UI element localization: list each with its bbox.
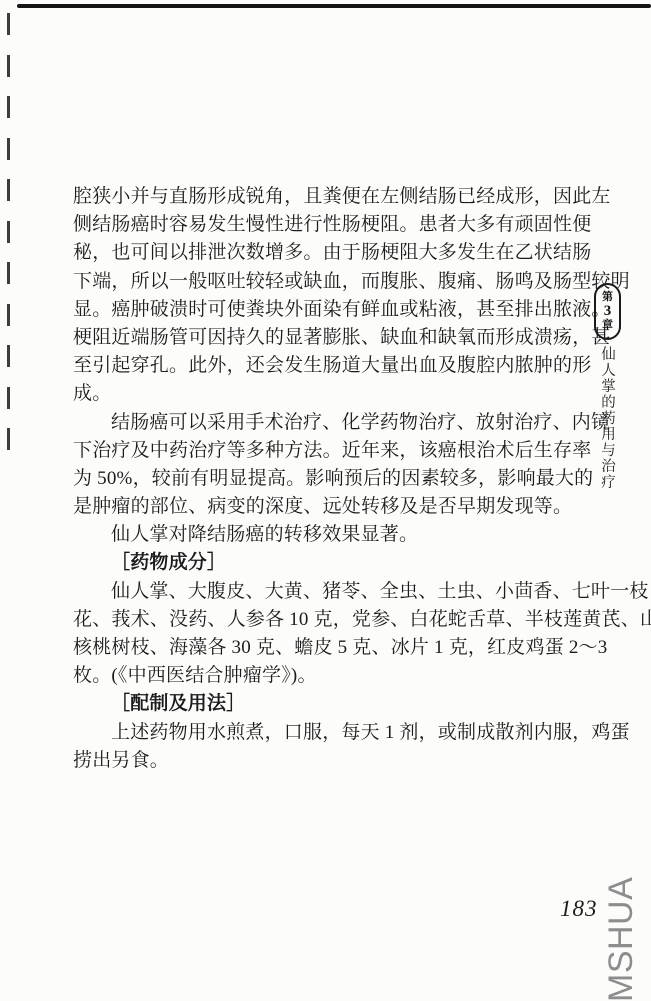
text-line: 捞出另食。 [73, 747, 595, 775]
text-line: 秘，也可间以排泄次数增多。由于肠梗阻大多发生在乙状结肠 [73, 239, 595, 267]
text-line: 为 50%，较前有明显提高。影响预后的因素较多，影响最大的 [73, 465, 595, 493]
text-line: 仙人掌、大腹皮、大黄、猪苓、全虫、土虫、小茴香、七叶一枝 [73, 578, 595, 606]
text-line: 下端，所以一般呕吐较轻或缺血，而腹胀、腹痛、肠鸣及肠型较明 [73, 268, 595, 296]
text-line: 腔狭小并与直肠形成锐角，且粪便在左侧结肠已经成形，因此左 [73, 183, 595, 211]
text-line: 侧结肠癌时容易发生慢性进行性肠梗阻。患者大多有顽固性便 [73, 211, 595, 239]
binding-marks [7, 0, 11, 480]
chapter-suffix: 章 [602, 319, 613, 332]
text-line: 花、莪术、没药、人参各 10 克，党参、白花蛇舌草、半枝莲黄芪、山 [73, 606, 595, 634]
text-line: 至引起穿孔。此外，还会发生肠道大量出血及腹腔内脓肿的形 [73, 352, 595, 380]
text-line: 下治疗及中药治疗等多种方法。近年来，该癌根治术后生存率 [73, 437, 595, 465]
text-line: 上述药物用水煎煮，口服，每天 1 剂，或制成散剂内服，鸡蛋 [73, 719, 595, 747]
text-line: ［药物成分］ [73, 549, 595, 577]
publisher-watermark: MSHUA [601, 878, 641, 1001]
body-text: 腔狭小并与直肠形成锐角，且粪便在左侧结肠已经成形，因此左侧结肠癌时容易发生慢性进… [73, 183, 595, 775]
scanned-book-page: 腔狭小并与直肠形成锐角，且粪便在左侧结肠已经成形，因此左侧结肠癌时容易发生慢性进… [0, 0, 651, 1001]
text-line: 是肿瘤的部位、病变的深度、远处转移及是否早期发现等。 [73, 493, 595, 521]
chapter-badge: 第 3 章 [594, 283, 621, 340]
text-line: 显。癌肿破溃时可使粪块外面染有鲜血或粘液，甚至排出脓液。 [73, 296, 595, 324]
text-line: 核桃树枝、海藻各 30 克、蟾皮 5 克、冰片 1 克，红皮鸡蛋 2～3 [73, 634, 595, 662]
text-line: 成。 [73, 380, 595, 408]
page-number: 183 [560, 896, 598, 922]
chapter-title-vertical: 仙人掌的药用与治疗 [597, 346, 618, 496]
text-line: 仙人掌对降结肠癌的转移效果显著。 [73, 521, 595, 549]
text-line: 枚。(《中西医结合肿瘤学》)。 [73, 662, 595, 690]
text-line: ［配制及用法］ [73, 690, 595, 718]
chapter-number: 3 [604, 304, 612, 319]
text-line: 结肠癌可以采用手术治疗、化学药物治疗、放射治疗、内镜 [73, 409, 595, 437]
text-line: 梗阻近端肠管可因持久的显著膨胀、缺血和缺氧而形成溃疡，甚 [73, 324, 595, 352]
page-top-edge-line [17, 4, 651, 8]
